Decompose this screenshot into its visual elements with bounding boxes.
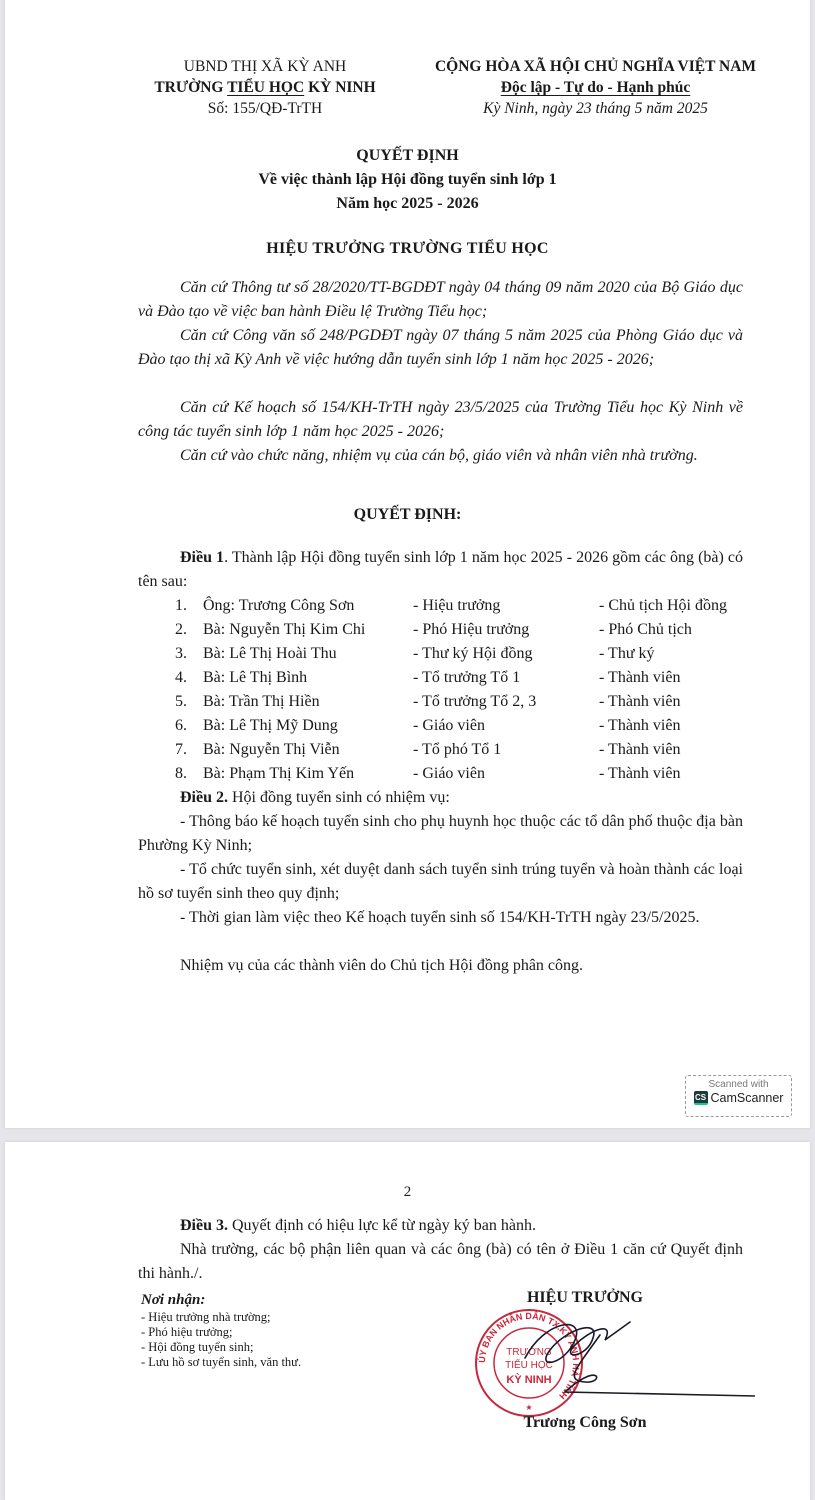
document-number: Số: 155/QĐ-TrTH <box>135 98 395 119</box>
recipient-item: - Lưu hồ sơ tuyển sinh, văn thư. <box>141 1355 301 1370</box>
article-2-label: Điều 2. <box>180 789 228 806</box>
svg-text:★: ★ <box>525 1403 532 1412</box>
page-number: 2 <box>5 1184 810 1201</box>
member-council-role: - Phó Chủ tịch <box>599 618 692 642</box>
duty-2: - Tổ chức tuyển sinh, xét duyệt danh sác… <box>138 858 743 906</box>
article-2: Điều 2. Hội đồng tuyển sinh có nhiệm vụ: <box>138 786 743 810</box>
member-name: Bà: Lê Thị Bình <box>203 666 307 690</box>
member-name: Bà: Lê Thị Mỹ Dung <box>203 714 338 738</box>
national-motto: Độc lập - Tự do - Hạnh phúc <box>393 77 798 98</box>
member-name: Bà: Lê Thị Hoài Thu <box>203 642 337 666</box>
article-3-text: Quyết định có hiệu lực kể từ ngày ký ban… <box>228 1217 536 1234</box>
place-date: Kỳ Ninh, ngày 23 tháng 5 năm 2025 <box>393 98 798 119</box>
recipient-item: - Hội đồng tuyển sinh; <box>141 1340 301 1355</box>
legal-basis-2: Căn cứ Công văn số 248/PGDĐT ngày 07 thá… <box>138 324 743 372</box>
decision-heading: QUYẾT ĐỊNH: <box>5 506 810 524</box>
national-header-block: CỘNG HÒA XÃ HỘI CHỦ NGHĨA VIỆT NAM Độc l… <box>393 56 798 119</box>
member-position: - Tổ phó Tổ 1 <box>413 738 501 762</box>
scanned-with-caption: Scanned with <box>686 1079 791 1090</box>
document-title: QUYẾT ĐỊNH Về việc thành lập Hội đồng tu… <box>5 144 810 216</box>
member-position: - Tổ trưởng Tổ 2, 3 <box>413 690 536 714</box>
member-number: 2. <box>175 618 195 642</box>
member-council-role: - Thành viên <box>599 762 680 786</box>
execution-clause: Nhà trường, các bộ phận liên quan và các… <box>138 1238 743 1286</box>
member-number: 6. <box>175 714 195 738</box>
recipients-block: Nơi nhận: - Hiệu trưởng nhà trường; - Ph… <box>141 1290 301 1370</box>
camscanner-logo-icon: CS <box>694 1091 708 1105</box>
document-page-1: UBND THỊ XÃ KỲ ANH TRƯỜNG TIỂU HỌC KỲ NI… <box>5 0 810 1128</box>
member-position: - Giáo viên <box>413 762 485 786</box>
member-council-role: - Thành viên <box>599 690 680 714</box>
member-council-role: - Thư ký <box>599 642 654 666</box>
doc-subject: Về việc thành lập Hội đồng tuyển sinh lớ… <box>5 168 810 192</box>
member-name: Bà: Trần Thị Hiền <box>203 690 320 714</box>
member-position: - Thư ký Hội đồng <box>413 642 532 666</box>
member-number: 4. <box>175 666 195 690</box>
issuer-heading: HIỆU TRƯỞNG TRƯỜNG TIỂU HỌC <box>5 240 810 258</box>
document-page-2: 2 Điều 3. Quyết định có hiệu lực kể từ n… <box>5 1142 810 1500</box>
article-1: Điều 1. Thành lập Hội đồng tuyển sinh lớ… <box>138 546 743 594</box>
duty-assignment: Nhiệm vụ của các thành viên do Chủ tịch … <box>138 954 743 978</box>
member-council-role: - Chủ tịch Hội đồng <box>599 594 727 618</box>
authority-name: UBND THỊ XÃ KỲ ANH <box>135 56 395 77</box>
recipient-item: - Phó hiệu trưởng; <box>141 1325 301 1340</box>
member-number: 7. <box>175 738 195 762</box>
article-3: Điều 3. Quyết định có hiệu lực kể từ ngà… <box>138 1214 743 1238</box>
member-position: - Giáo viên <box>413 714 485 738</box>
member-council-role: - Thành viên <box>599 738 680 762</box>
duty-1: - Thông báo kế hoạch tuyển sinh cho phụ … <box>138 810 743 858</box>
legal-basis-4: Căn cứ vào chức năng, nhiệm vụ của cán b… <box>138 444 743 468</box>
signer-name: Trương Công Sơn <box>460 1414 710 1432</box>
camscanner-brand: CS CamScanner <box>686 1091 791 1105</box>
recipients-title: Nơi nhận: <box>141 1290 301 1310</box>
legal-basis-3: Căn cứ Kế hoạch số 154/KH-TrTH ngày 23/5… <box>138 396 743 444</box>
member-council-role: - Thành viên <box>599 714 680 738</box>
school-name: TRƯỜNG TIỂU HỌC KỲ NINH <box>135 77 395 98</box>
camscanner-label: CamScanner <box>711 1091 784 1105</box>
nation-name: CỘNG HÒA XÃ HỘI CHỦ NGHĨA VIỆT NAM <box>393 56 798 77</box>
member-position: - Phó Hiệu trưởng <box>413 618 529 642</box>
doc-type: QUYẾT ĐỊNH <box>5 144 810 168</box>
article-1-text: . Thành lập Hội đồng tuyển sinh lớp 1 nă… <box>138 549 743 590</box>
legal-basis-1: Căn cứ Thông tư số 28/2020/TT-BGDĐT ngày… <box>138 276 743 324</box>
member-number: 8. <box>175 762 195 786</box>
member-council-role: - Thành viên <box>599 666 680 690</box>
duty-3: - Thời gian làm việc theo Kế hoạch tuyển… <box>138 906 743 930</box>
handwritten-signature-icon <box>505 1310 755 1400</box>
member-number: 5. <box>175 690 195 714</box>
member-number: 1. <box>175 594 195 618</box>
article-3-label: Điều 3. <box>180 1217 228 1234</box>
school-year: Năm học 2025 - 2026 <box>5 192 810 216</box>
member-position: - Tổ trưởng Tổ 1 <box>413 666 520 690</box>
article-1-label: Điều 1 <box>180 549 224 566</box>
signer-title: HIỆU TRƯỞNG <box>460 1289 710 1307</box>
member-name: Ông: Trương Công Sơn <box>203 594 354 618</box>
recipient-item: - Hiệu trưởng nhà trường; <box>141 1310 301 1325</box>
member-name: Bà: Nguyễn Thị Kim Chi <box>203 618 365 642</box>
article-2-text: Hội đồng tuyển sinh có nhiệm vụ: <box>228 789 450 806</box>
member-name: Bà: Nguyễn Thị Viễn <box>203 738 340 762</box>
member-position: - Hiệu trưởng <box>413 594 500 618</box>
issuing-authority-block: UBND THỊ XÃ KỲ ANH TRƯỜNG TIỂU HỌC KỲ NI… <box>135 56 395 119</box>
camscanner-watermark: Scanned with CS CamScanner <box>685 1075 792 1117</box>
member-name: Bà: Phạm Thị Kim Yến <box>203 762 354 786</box>
member-number: 3. <box>175 642 195 666</box>
